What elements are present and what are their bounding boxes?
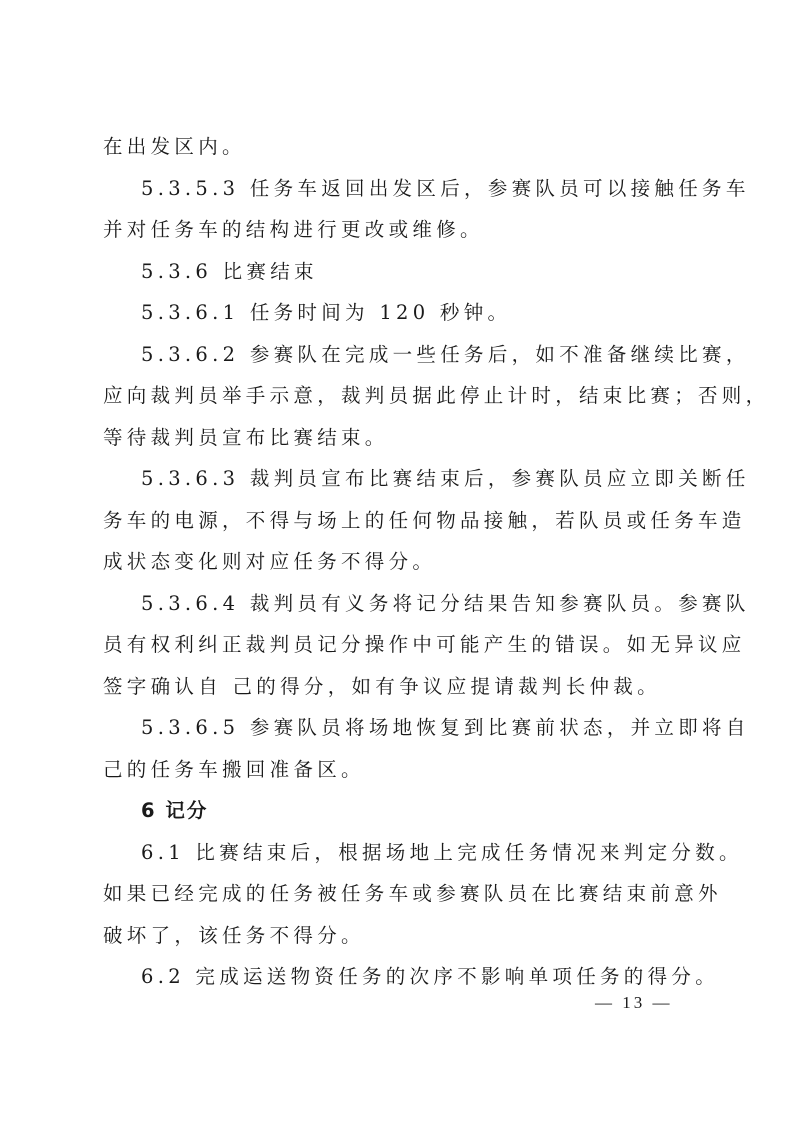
text-line: 如果已经完成的任务被任务车或参赛队员在比赛结束前意外 xyxy=(103,882,722,906)
text-line: 破坏了，该任务不得分。 xyxy=(103,924,365,948)
text-line: 6.1 比赛结束后，根据场地上完成任务情况来判定分数。 xyxy=(141,841,743,865)
text-line: 务车的电源，不得与场上的任何物品接触，若队员或任务车造 xyxy=(103,509,746,533)
page-number: — 13 — xyxy=(595,993,673,1013)
text-line: 等待裁判员宣布比赛结束。 xyxy=(103,426,389,450)
text-line: 5.3.6.4 裁判员有义务将记分结果告知参赛队员。参赛队 xyxy=(141,592,750,616)
text-line: 在出发区内。 xyxy=(103,135,246,159)
text-line: 5.3.6.3 裁判员宣布比赛结束后，参赛队员应立即关断任 xyxy=(141,467,750,491)
text-line: 5.3.6.5 参赛队员将场地恢复到比赛前状态，并立即将自 xyxy=(141,716,750,740)
text-line: 成状态变化则对应任务不得分。 xyxy=(103,550,436,574)
text-line: 6.2 完成运送物资任务的次序不影响单项任务的得分。 xyxy=(141,965,719,989)
text-line: 5.3.6.2 参赛队在完成一些任务后，如不准备继续比赛， xyxy=(141,343,750,367)
text-line: 5.3.6.1 任务时间为 120 秒钟。 xyxy=(141,301,511,325)
text-line: 己的任务车搬回准备区。 xyxy=(103,758,365,782)
text-line: 5.3.6 比赛结束 xyxy=(141,260,318,284)
text-line: 并对任务车的结构进行更改或维修。 xyxy=(103,218,484,242)
text-line: 应向裁判员举手示意，裁判员据此停止计时，结束比赛；否则， xyxy=(103,384,769,408)
text-line: 签字确认自 己的得分，如有争议应提请裁判长仲裁。 xyxy=(103,675,661,699)
section-heading: 6 记分 xyxy=(141,799,208,823)
text-line: 5.3.5.3 任务车返回出发区后，参赛队员可以接触任务车 xyxy=(141,177,750,201)
text-line: 员有权利纠正裁判员记分操作中可能产生的错误。如无异议应 xyxy=(103,633,746,657)
